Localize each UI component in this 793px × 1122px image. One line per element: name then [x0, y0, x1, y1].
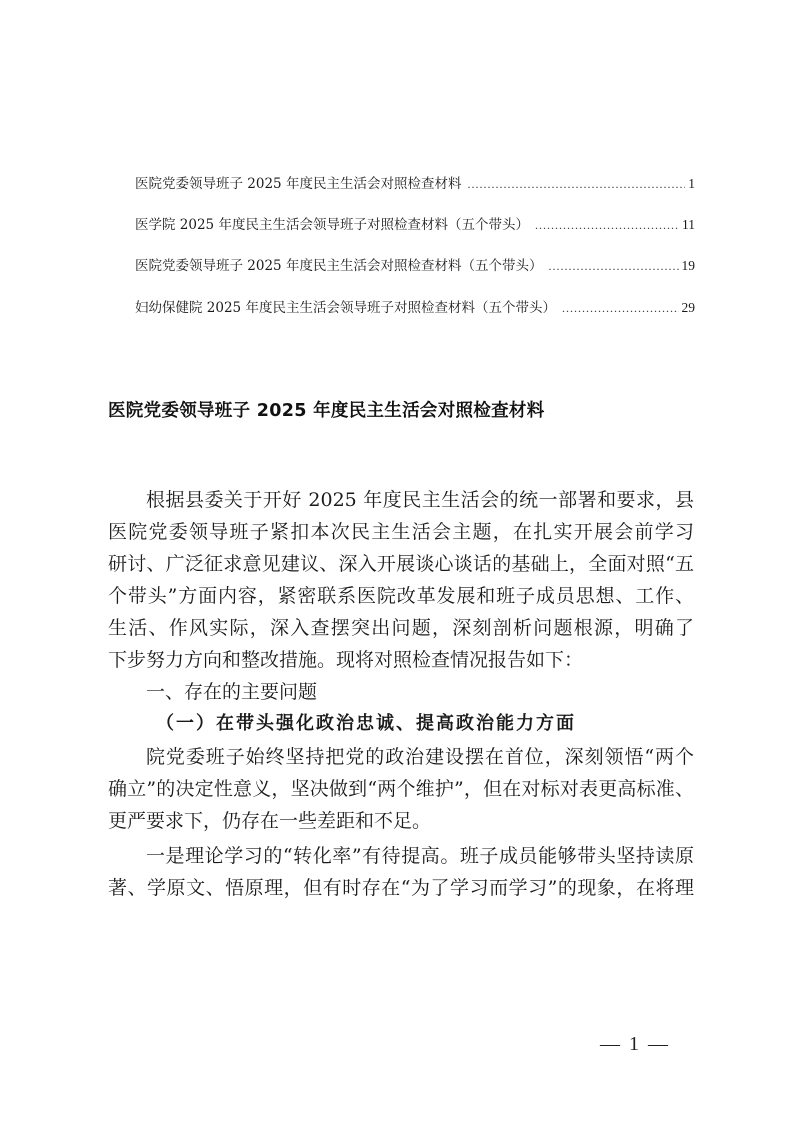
toc-leader-dots: ........................................… [548, 259, 678, 274]
paragraph-line: 著、学原文、悟原理，但有时存在“为了学习而学习”的现象，在将理 [108, 872, 694, 904]
paragraph-line: 一是理论学习的“转化率”有待提高。班子成员能够带头坚持读原 [146, 840, 694, 872]
paragraph-line: 确立”的决定性意义，坚决做到“两个维护”，但在对标对表更高标准、 [108, 773, 694, 805]
paragraph-line: 下步努力方向和整改措施。现将对照检查情况报告如下： [108, 644, 583, 676]
toc-entry[interactable]: 医院党委领导班子 2025 年度民主生活会对照检查材料 ............… [135, 172, 695, 196]
paragraph-line: 根据县委关于开好 2025 年度民主生活会的统一部署和要求，县 [146, 484, 694, 516]
toc-entry-title: 医院党委领导班子 2025 年度民主生活会对照检查材料（五个带头） [135, 254, 542, 274]
paragraph-line: 医院党委领导班子紧扣本次民主生活会主题，在扎实开展会前学习 [108, 516, 694, 548]
section-heading: 一、存在的主要问题 [146, 676, 317, 708]
toc-leader-dots: ........................................… [562, 301, 679, 316]
toc-entry-title: 医院党委领导班子 2025 年度民主生活会对照检查材料 [135, 172, 461, 192]
toc-entry[interactable]: 妇幼保健院 2025 年度民主生活会领导班子对照检查材料（五个带头） .....… [135, 296, 695, 320]
toc-entry-page: 1 [688, 176, 695, 192]
paragraph-line: 个带头”方面内容，紧密联系医院改革发展和班子成员思想、工作、 [108, 580, 694, 612]
toc-entry-page: 19 [682, 258, 696, 274]
page-number: — 1 — [600, 1033, 670, 1056]
paragraph-line: 更严要求下，仍存在一些差距和不足。 [108, 805, 431, 837]
toc-entry-title: 妇幼保健院 2025 年度民主生活会领导班子对照检查材料（五个带头） [135, 296, 556, 316]
toc-entry[interactable]: 医学院 2025 年度民主生活会领导班子对照检查材料（五个带头） .......… [135, 213, 695, 237]
paragraph-line: 生活、作风实际，深入查摆突出问题，深刻剖析问题根源，明确了 [108, 612, 694, 644]
toc-entry-page: 11 [682, 217, 695, 233]
paragraph-line: 院党委班子始终坚持把党的政治建设摆在首位，深刻领悟“两个 [146, 741, 694, 773]
document-page: 医院党委领导班子 2025 年度民主生活会对照检查材料 ............… [0, 0, 793, 1122]
toc-leader-dots: ........................................… [467, 177, 685, 192]
toc-entry[interactable]: 医院党委领导班子 2025 年度民主生活会对照检查材料（五个带头） ......… [135, 254, 695, 278]
toc-entry-page: 29 [682, 300, 696, 316]
toc-leader-dots: ........................................… [535, 218, 679, 233]
document-title: 医院党委领导班子 2025 年度民主生活会对照检查材料 [108, 397, 545, 422]
subsection-heading: （一）在带头强化政治忠诚、提高政治能力方面 [156, 708, 576, 740]
paragraph-line: 研讨、广泛征求意见建议、深入开展谈心谈话的基础上，全面对照“五 [108, 548, 694, 580]
toc-entry-title: 医学院 2025 年度民主生活会领导班子对照检查材料（五个带头） [135, 213, 529, 233]
